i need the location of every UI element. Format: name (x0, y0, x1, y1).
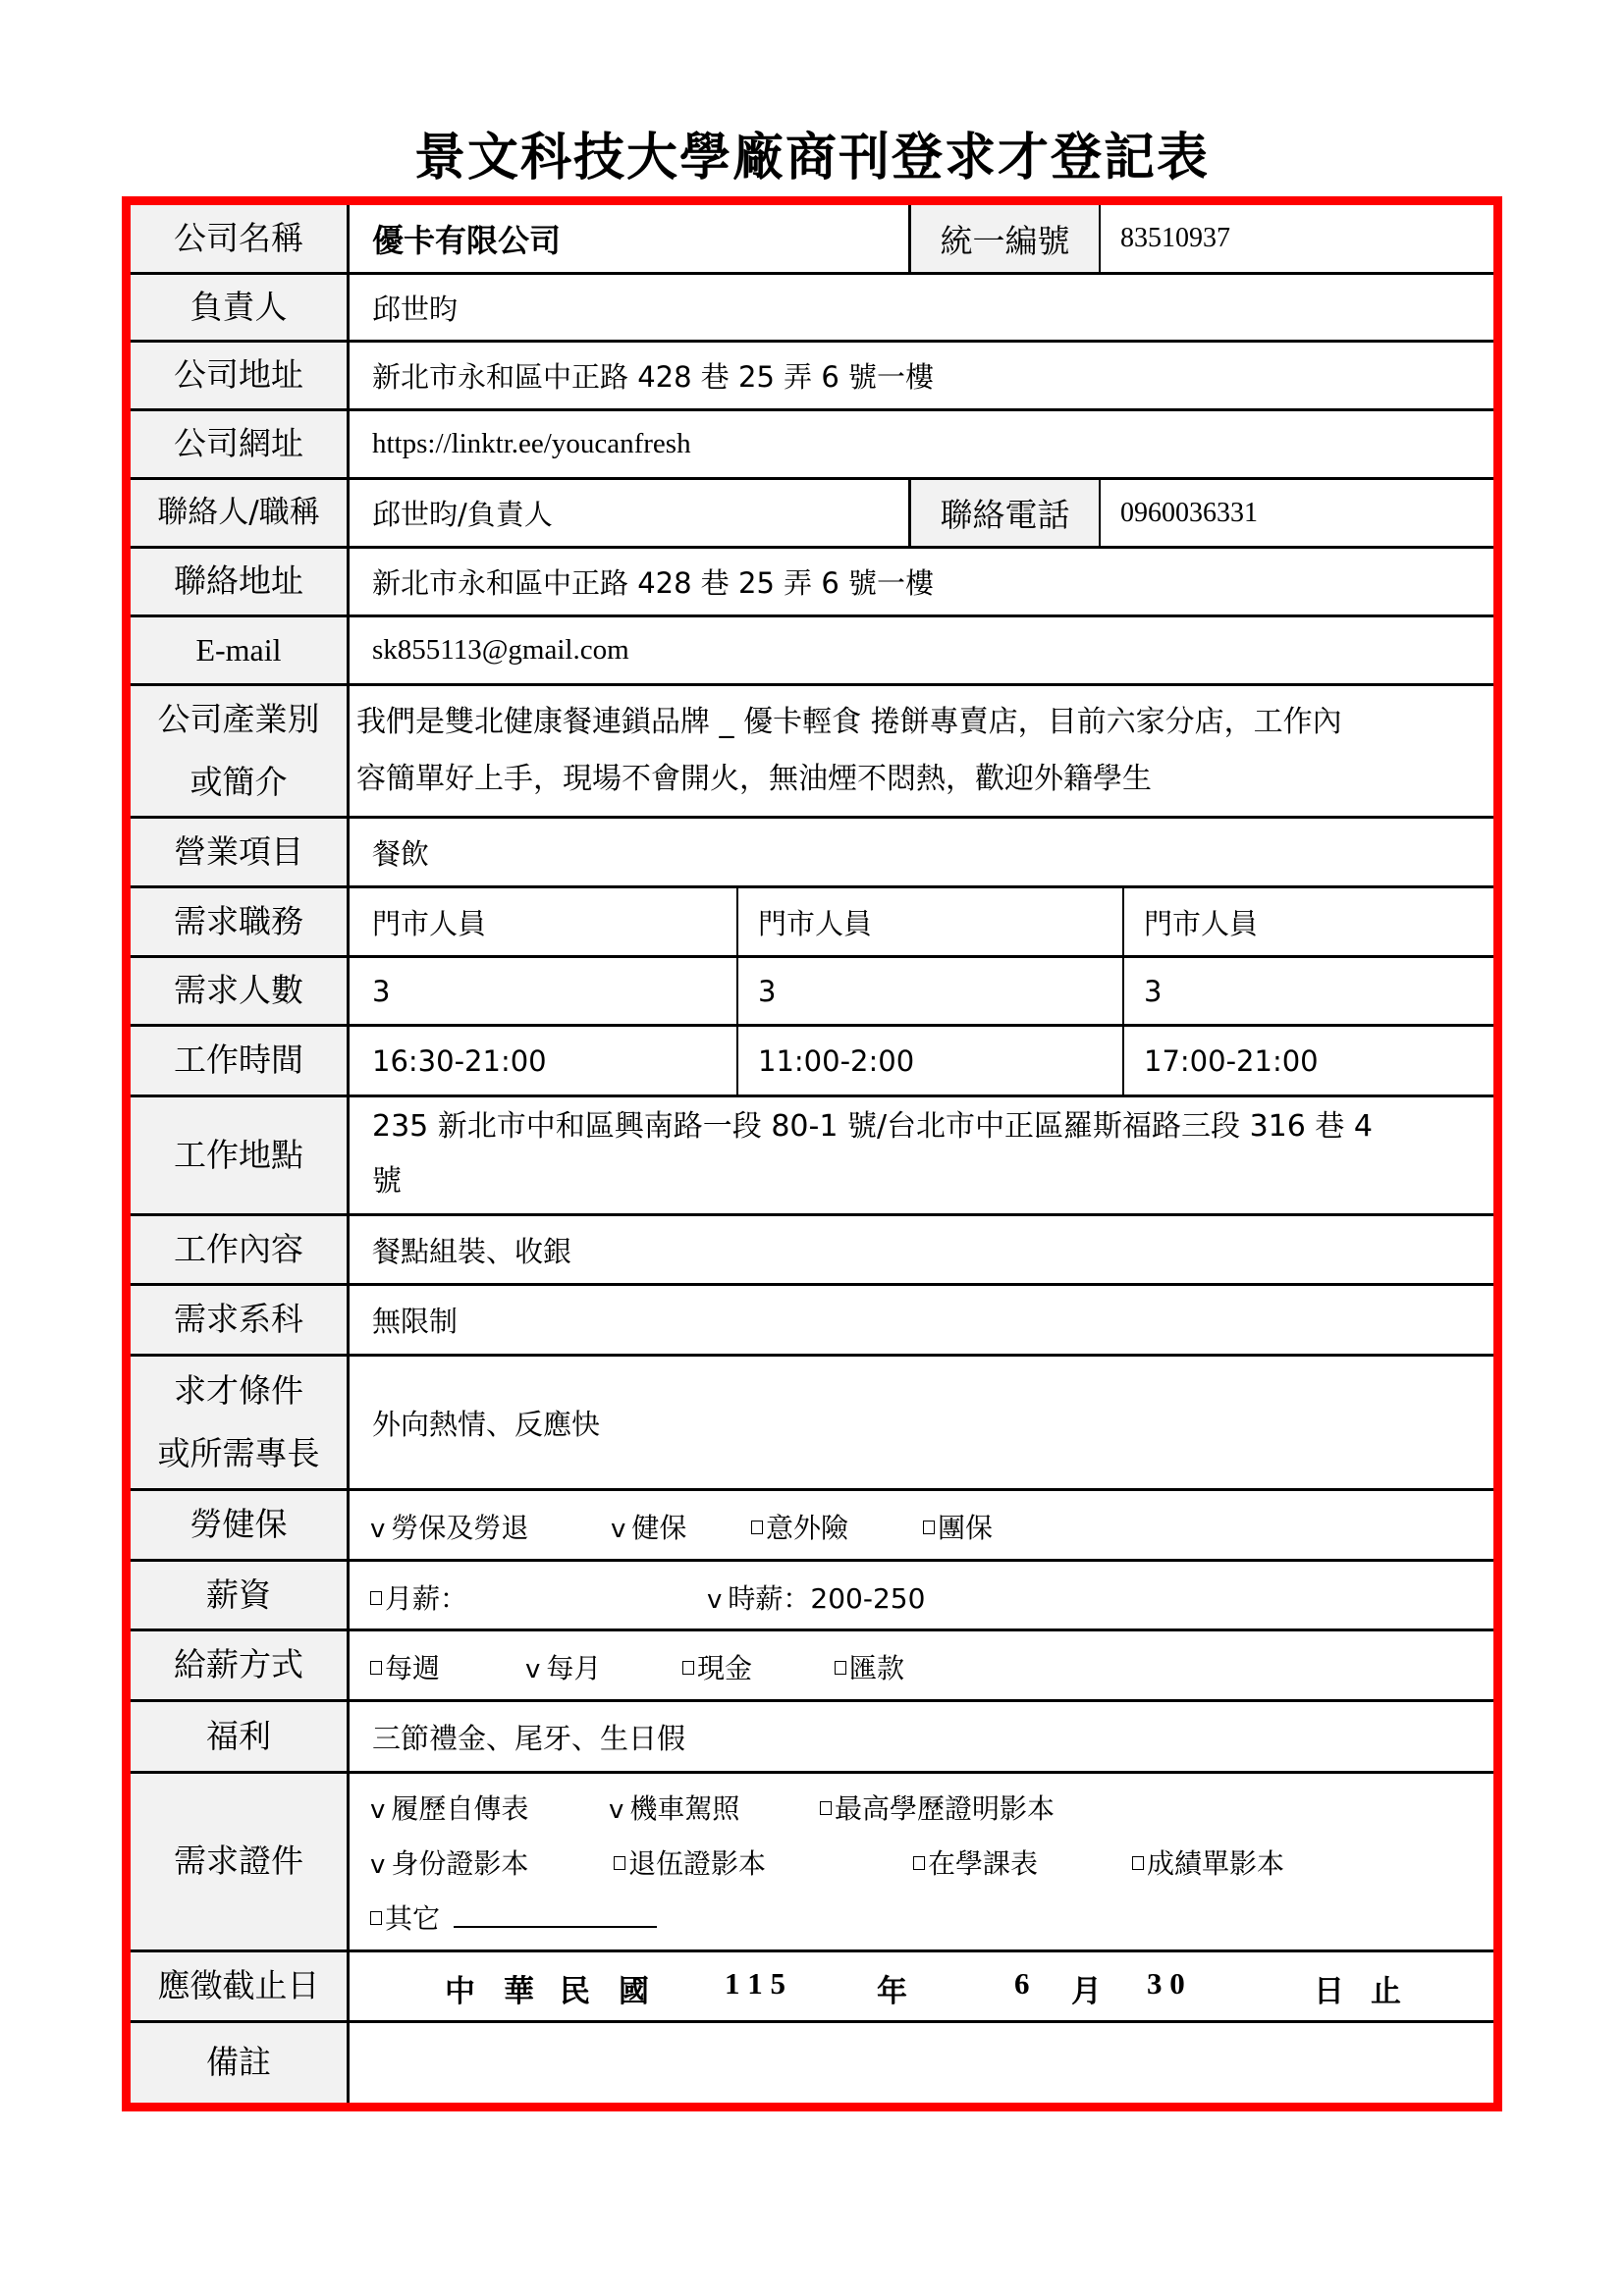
row-contact: 聯絡人/職稱 邱世昀/負責人 聯絡電話 0960036331 (131, 477, 1493, 546)
pay-option-monthly[interactable]: v每月 (525, 1647, 601, 1686)
deadline-month: 6 (1014, 1966, 1030, 2002)
label-phone: 聯絡電話 (908, 480, 1101, 546)
row-salary: 薪資 月薪： v時薪：200-250 (131, 1559, 1493, 1629)
tax-id-value: 83510937 (1101, 205, 1493, 272)
row-remarks: 備註 (131, 2020, 1493, 2103)
deadline-era-1: 中 (445, 1966, 475, 2010)
row-headcount: 需求人數 3 3 3 (131, 955, 1493, 1024)
label-duties: 工作內容 (131, 1216, 350, 1283)
row-benefits: 福利 三節禮金、尾牙、生日假 (131, 1699, 1493, 1771)
salary-option-monthly[interactable]: 月薪： (370, 1577, 467, 1617)
check-mark-icon: v (707, 1585, 722, 1615)
location-value: 235 新北市中和區興南路一段 80-1 號/台北市中正區羅斯福路三段 316 … (352, 1099, 1493, 1209)
hours-2: 11:00-2:00 (738, 1027, 1122, 1095)
form-title: 景文科技大學廠商刊登求才登記表 (0, 116, 1624, 189)
row-contact-address: 聯絡地址 新北市永和區中正路 428 巷 25 弄 6 號一樓 (131, 546, 1493, 614)
headcount-2: 3 (738, 958, 1122, 1024)
insurance-option-group[interactable]: 團保 (923, 1507, 993, 1546)
deadline-day-unit: 日 (1314, 1966, 1344, 2010)
checkbox-empty-icon (370, 1591, 382, 1605)
label-benefits: 福利 (131, 1702, 350, 1771)
label-requirements-line2: 或所需專長 (158, 1422, 320, 1485)
label-location: 工作地點 (131, 1097, 350, 1213)
benefits-value: 三節禮金、尾牙、生日假 (352, 1702, 1493, 1771)
duties-value: 餐點組裝、收銀 (352, 1216, 1493, 1283)
position-1: 門市人員 (352, 888, 736, 955)
doc-option-transcript[interactable]: 成績單影本 (1132, 1842, 1284, 1882)
pay-option-cash[interactable]: 現金 (682, 1647, 752, 1686)
check-mark-icon: v (611, 1515, 625, 1544)
checkbox-empty-icon (682, 1661, 694, 1675)
phone-value: 0960036331 (1101, 480, 1493, 546)
label-remarks: 備註 (131, 2023, 350, 2103)
check-mark-icon: v (370, 1515, 385, 1544)
label-departments: 需求系科 (131, 1286, 350, 1354)
label-intro-line2: 或簡介 (190, 751, 288, 814)
doc-option-resume[interactable]: v履歷自傳表 (370, 1788, 528, 1827)
doc-option-class-schedule[interactable]: 在學課表 (913, 1842, 1038, 1882)
checkbox-empty-icon (820, 1801, 832, 1815)
row-positions: 需求職務 門市人員 門市人員 門市人員 (131, 885, 1493, 955)
location-line2: 號 (372, 1154, 1474, 1209)
row-deadline: 應徵截止日 中 華 民 國 1 1 5 年 6 月 3 0 日 止 (131, 1949, 1493, 2020)
row-departments: 需求系科 無限制 (131, 1283, 1493, 1354)
label-tax-id: 統一編號 (908, 205, 1101, 272)
remarks-value[interactable] (352, 2023, 1493, 2103)
label-headcount: 需求人數 (131, 958, 350, 1024)
doc-option-scooter-license[interactable]: v機車駕照 (609, 1788, 739, 1827)
label-salary: 薪資 (131, 1562, 350, 1629)
label-email: E-mail (131, 617, 350, 683)
row-pay-method: 給薪方式 每週 v每月 現金 匯款 (131, 1629, 1493, 1699)
form-frame: 公司名稱 優卡有限公司 統一編號 83510937 負責人 邱世昀 公司地址 新… (122, 196, 1502, 2111)
check-mark-icon: v (370, 1850, 385, 1880)
label-company-address: 公司地址 (131, 343, 350, 408)
label-intro: 公司產業別 或簡介 (131, 686, 350, 816)
location-line1: 235 新北市中和區興南路一段 80-1 號/台北市中正區羅斯福路三段 316 … (372, 1099, 1474, 1154)
requirements-value: 外向熱情、反應快 (352, 1357, 1493, 1488)
intro-value: 我們是雙北健康餐連鎖品牌 _ 優卡輕食 捲餅專賣店，目前六家分店，工作內 容簡單… (352, 694, 1493, 808)
owner-value: 邱世昀 (352, 275, 1493, 340)
row-intro: 公司產業別 或簡介 我們是雙北健康餐連鎖品牌 _ 優卡輕食 捲餅專賣店，目前六家… (131, 683, 1493, 816)
contact-value: 邱世昀/負責人 (352, 480, 908, 546)
checkbox-empty-icon (370, 1661, 382, 1675)
intro-line2: 容簡單好上手，現場不會開火，無油煙不悶熱，歡迎外籍學生 (356, 751, 1474, 808)
row-email: E-mail sk855113@gmail.com (131, 614, 1493, 683)
checkbox-empty-icon (913, 1856, 925, 1870)
headcount-1: 3 (352, 958, 736, 1024)
row-company-address: 公司地址 新北市永和區中正路 428 巷 25 弄 6 號一樓 (131, 340, 1493, 408)
label-insurance: 勞健保 (131, 1491, 350, 1559)
row-duties: 工作內容 餐點組裝、收銀 (131, 1213, 1493, 1283)
hours-3: 17:00-21:00 (1124, 1027, 1493, 1095)
check-mark-icon: v (525, 1655, 540, 1684)
check-mark-icon: v (370, 1795, 385, 1825)
checkbox-empty-icon (370, 1911, 382, 1925)
pay-option-transfer[interactable]: 匯款 (835, 1647, 904, 1686)
label-requirements-line1: 求才條件 (174, 1360, 303, 1422)
hours-1: 16:30-21:00 (352, 1027, 736, 1095)
salary-option-hourly[interactable]: v時薪：200-250 (707, 1577, 925, 1617)
label-website: 公司網址 (131, 411, 350, 477)
website-value: https://linktr.ee/youcanfresh (352, 411, 1493, 477)
row-requirements: 求才條件 或所需專長 外向熱情、反應快 (131, 1354, 1493, 1488)
label-hours: 工作時間 (131, 1027, 350, 1095)
label-contact: 聯絡人/職稱 (131, 480, 350, 546)
email-value: sk855113@gmail.com (352, 617, 1493, 683)
check-mark-icon: v (609, 1795, 623, 1825)
row-documents: 需求證件 v履歷自傳表 v機車駕照 最高學歷證明影本 v身份證影本 退伍證影本 … (131, 1771, 1493, 1949)
label-business: 營業項目 (131, 819, 350, 885)
label-contact-address: 聯絡地址 (131, 549, 350, 614)
deadline-era-3: 民 (560, 1966, 590, 2010)
insurance-option-accident[interactable]: 意外險 (751, 1507, 848, 1546)
position-2: 門市人員 (738, 888, 1122, 955)
doc-option-other[interactable]: 其它 (370, 1897, 657, 1937)
doc-option-id-card[interactable]: v身份證影本 (370, 1842, 528, 1882)
row-owner: 負責人 邱世昀 (131, 272, 1493, 340)
label-positions: 需求職務 (131, 888, 350, 955)
departments-value: 無限制 (352, 1286, 1493, 1354)
row-location: 工作地點 235 新北市中和區興南路一段 80-1 號/台北市中正區羅斯福路三段… (131, 1095, 1493, 1213)
label-requirements: 求才條件 或所需專長 (131, 1357, 350, 1488)
insurance-option-labor[interactable]: v勞保及勞退 (370, 1507, 528, 1546)
deadline-day: 3 0 (1147, 1966, 1185, 2002)
checkbox-empty-icon (1132, 1856, 1144, 1870)
headcount-3: 3 (1124, 958, 1493, 1024)
deadline-suffix: 止 (1371, 1966, 1401, 2010)
pay-option-weekly[interactable]: 每週 (370, 1647, 440, 1686)
contact-address-value: 新北市永和區中正路 428 巷 25 弄 6 號一樓 (352, 549, 1493, 614)
intro-line1: 我們是雙北健康餐連鎖品牌 _ 優卡輕食 捲餅專賣店，目前六家分店，工作內 (356, 694, 1474, 751)
insurance-option-health[interactable]: v健保 (611, 1507, 686, 1546)
row-insurance: 勞健保 v勞保及勞退 v健保 意外險 團保 (131, 1488, 1493, 1559)
position-3: 門市人員 (1124, 888, 1493, 955)
label-owner: 負責人 (131, 275, 350, 340)
row-hours: 工作時間 16:30-21:00 11:00-2:00 17:00-21:00 (131, 1024, 1493, 1095)
checkbox-empty-icon (751, 1521, 763, 1534)
company-address-value: 新北市永和區中正路 428 巷 25 弄 6 號一樓 (352, 343, 1493, 408)
doc-option-diploma[interactable]: 最高學歷證明影本 (820, 1788, 1055, 1827)
label-intro-line1: 公司產業別 (158, 688, 320, 751)
label-company-name: 公司名稱 (131, 205, 350, 272)
checkbox-empty-icon (614, 1856, 625, 1870)
deadline-era-2: 華 (504, 1966, 534, 2010)
deadline-year-unit: 年 (877, 1966, 907, 2010)
deadline-era-4: 國 (619, 1966, 649, 2010)
checkbox-empty-icon (923, 1521, 935, 1534)
label-documents: 需求證件 (131, 1774, 350, 1949)
doc-option-discharge[interactable]: 退伍證影本 (614, 1842, 766, 1882)
label-deadline: 應徵截止日 (131, 1952, 350, 2020)
deadline-year: 1 1 5 (725, 1966, 785, 2002)
row-website: 公司網址 https://linktr.ee/youcanfresh (131, 408, 1493, 477)
deadline-month-unit: 月 (1071, 1966, 1102, 2010)
row-company-name: 公司名稱 優卡有限公司 統一編號 83510937 (131, 205, 1493, 272)
company-name-value: 優卡有限公司 (352, 205, 908, 272)
row-business: 營業項目 餐飲 (131, 816, 1493, 885)
other-document-field[interactable] (454, 1904, 657, 1928)
label-pay-method: 給薪方式 (131, 1631, 350, 1699)
checkbox-empty-icon (835, 1661, 846, 1675)
business-value: 餐飲 (352, 819, 1493, 885)
